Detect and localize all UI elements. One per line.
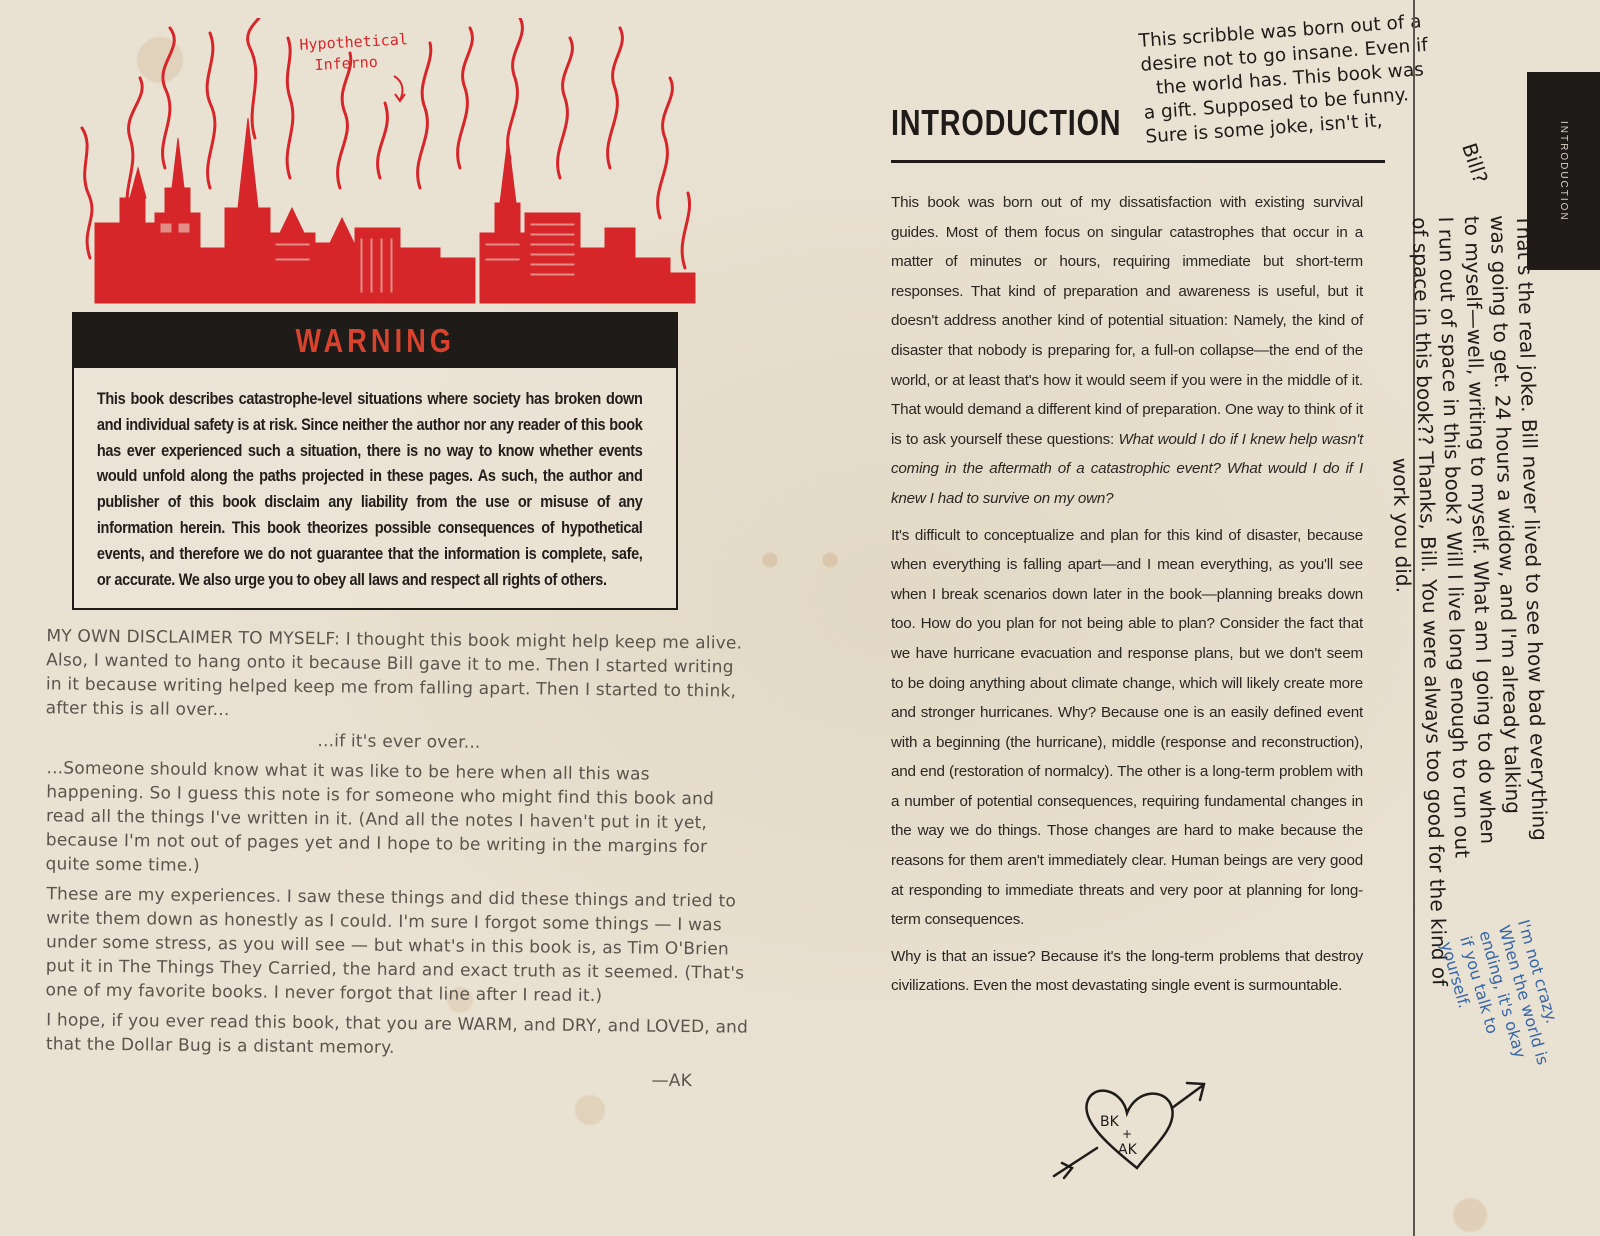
heart-arrow-doodle: BK + AK bbox=[1052, 1068, 1212, 1183]
warning-box: WARNING This book describes catastrophe-… bbox=[72, 312, 678, 610]
heart-initials-bottom: AK bbox=[1118, 1142, 1138, 1158]
title-rule bbox=[891, 160, 1385, 163]
heart-arrow-icon: BK + AK bbox=[1052, 1068, 1212, 1183]
body-paragraph-3: Why is that an issue? Because it's the l… bbox=[891, 942, 1363, 1001]
scribble-tail: Bill? bbox=[1457, 140, 1492, 186]
burning-city-illustration: Hypothetical Inferno bbox=[60, 18, 700, 308]
handwritten-scribble-top: This scribble was born out of a desire n… bbox=[1138, 4, 1515, 150]
book-spread: Hypothetical Inferno WARNING This book d… bbox=[0, 0, 1600, 1236]
disclaimer-paragraph: ...Someone should know what it was like … bbox=[45, 756, 752, 883]
warning-title: WARNING bbox=[295, 322, 454, 360]
body-paragraph-1: This book was born out of my dissatisfac… bbox=[891, 188, 1363, 514]
introduction-body: This book was born out of my dissatisfac… bbox=[891, 188, 1363, 1008]
hypothetical-inferno-label: Hypothetical Inferno bbox=[299, 29, 409, 77]
disclaimer-paragraph: MY OWN DISCLAIMER TO MYSELF: I thought t… bbox=[46, 624, 753, 727]
heart-plus: + bbox=[1122, 1127, 1132, 1141]
handwritten-margin-note: That's the real joke. Bill never lived t… bbox=[1381, 214, 1563, 1228]
body-paragraph-2: It's difficult to conceptualize and plan… bbox=[891, 521, 1363, 935]
page-title: INTRODUCTION bbox=[891, 102, 1121, 144]
disclaimer-paragraph: These are my experiences. I saw these th… bbox=[45, 882, 752, 1009]
chapter-tab: INTRODUCTION bbox=[1527, 72, 1600, 270]
heart-initials-top: BK bbox=[1100, 1114, 1120, 1130]
warning-body: This book describes catastrophe-level si… bbox=[74, 368, 664, 593]
handwritten-disclaimer: MY OWN DISCLAIMER TO MYSELF: I thought t… bbox=[46, 628, 752, 1096]
disclaimer-aside: ...if it's ever over... bbox=[46, 726, 752, 757]
warning-header: WARNING bbox=[74, 314, 676, 368]
chapter-tab-label: INTRODUCTION bbox=[1558, 121, 1569, 222]
arrow-down-icon bbox=[390, 74, 410, 104]
signature: —AK bbox=[46, 1062, 752, 1093]
disclaimer-paragraph: I hope, if you ever read this book, that… bbox=[46, 1008, 752, 1063]
body-text-plain: This book was born out of my dissatisfac… bbox=[891, 194, 1363, 448]
